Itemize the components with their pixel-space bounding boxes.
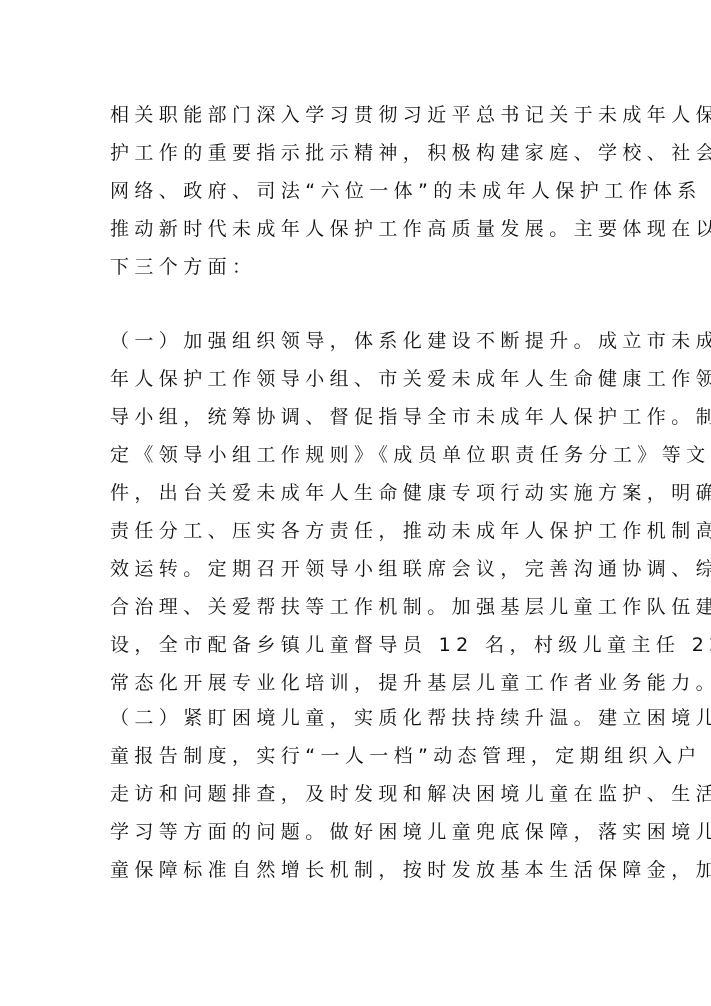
paragraph-section-1: （一）加强组织领导，体系化建设不断提升。成立市未成 年人保护工作领导小组、市关爱… bbox=[110, 322, 610, 702]
paragraph-section-2: （二）紧盯困境儿童，实质化帮扶持续升温。建立困境儿 童报告制度，实行“一人一档”… bbox=[110, 699, 610, 889]
text-line: 推动新时代未成年人保护工作高质量发展。主要体现在以 bbox=[110, 210, 610, 248]
text-line: 设，全市配备乡镇儿童督导员 12 名，村级儿童主任 228 名， bbox=[110, 626, 610, 664]
document-page: 相关职能部门深入学习贯彻习近平总书记关于未成年人保 护工作的重要指示批示精神，积… bbox=[0, 0, 711, 1006]
text-line: 走访和问题排查，及时发现和解决困境儿童在监护、生活 bbox=[110, 775, 610, 813]
text-line: 下三个方面： bbox=[110, 248, 610, 286]
text-line: 年人保护工作领导小组、市关爱未成年人生命健康工作领 bbox=[110, 360, 610, 398]
text-line: 件，出台关爱未成年人生命健康专项行动实施方案，明确 bbox=[110, 474, 610, 512]
text-line: 护工作的重要指示批示精神，积极构建家庭、学校、社会 bbox=[110, 134, 610, 172]
text-line: 童报告制度，实行“一人一档”动态管理，定期组织入户 bbox=[110, 737, 610, 775]
text-line: 学习等方面的问题。做好困境儿童兜底保障，落实困境儿 bbox=[110, 813, 610, 851]
text-line: 童保障标准自然增长机制，按时发放基本生活保障金，加 bbox=[110, 851, 610, 889]
text-line: 责任分工、压实各方责任，推动未成年人保护工作机制高 bbox=[110, 512, 610, 550]
text-line: 网络、政府、司法“六位一体”的未成年人保护工作体系 bbox=[110, 172, 610, 210]
paragraph-intro: 相关职能部门深入学习贯彻习近平总书记关于未成年人保 护工作的重要指示批示精神，积… bbox=[110, 96, 610, 286]
text-line: 导小组，统筹协调、督促指导全市未成年人保护工作。制 bbox=[110, 398, 610, 436]
text-line: 相关职能部门深入学习贯彻习近平总书记关于未成年人保 bbox=[110, 96, 610, 134]
section-heading-line: （一）加强组织领导，体系化建设不断提升。成立市未成 bbox=[110, 322, 610, 360]
section-heading-line: （二）紧盯困境儿童，实质化帮扶持续升温。建立困境儿 bbox=[110, 699, 610, 737]
text-line: 常态化开展专业化培训，提升基层儿童工作者业务能力。 bbox=[110, 664, 610, 702]
text-line: 合治理、关爱帮扶等工作机制。加强基层儿童工作队伍建 bbox=[110, 588, 610, 626]
text-line: 效运转。定期召开领导小组联席会议，完善沟通协调、综 bbox=[110, 550, 610, 588]
text-line: 定《领导小组工作规则》《成员单位职责任务分工》等文 bbox=[110, 436, 610, 474]
